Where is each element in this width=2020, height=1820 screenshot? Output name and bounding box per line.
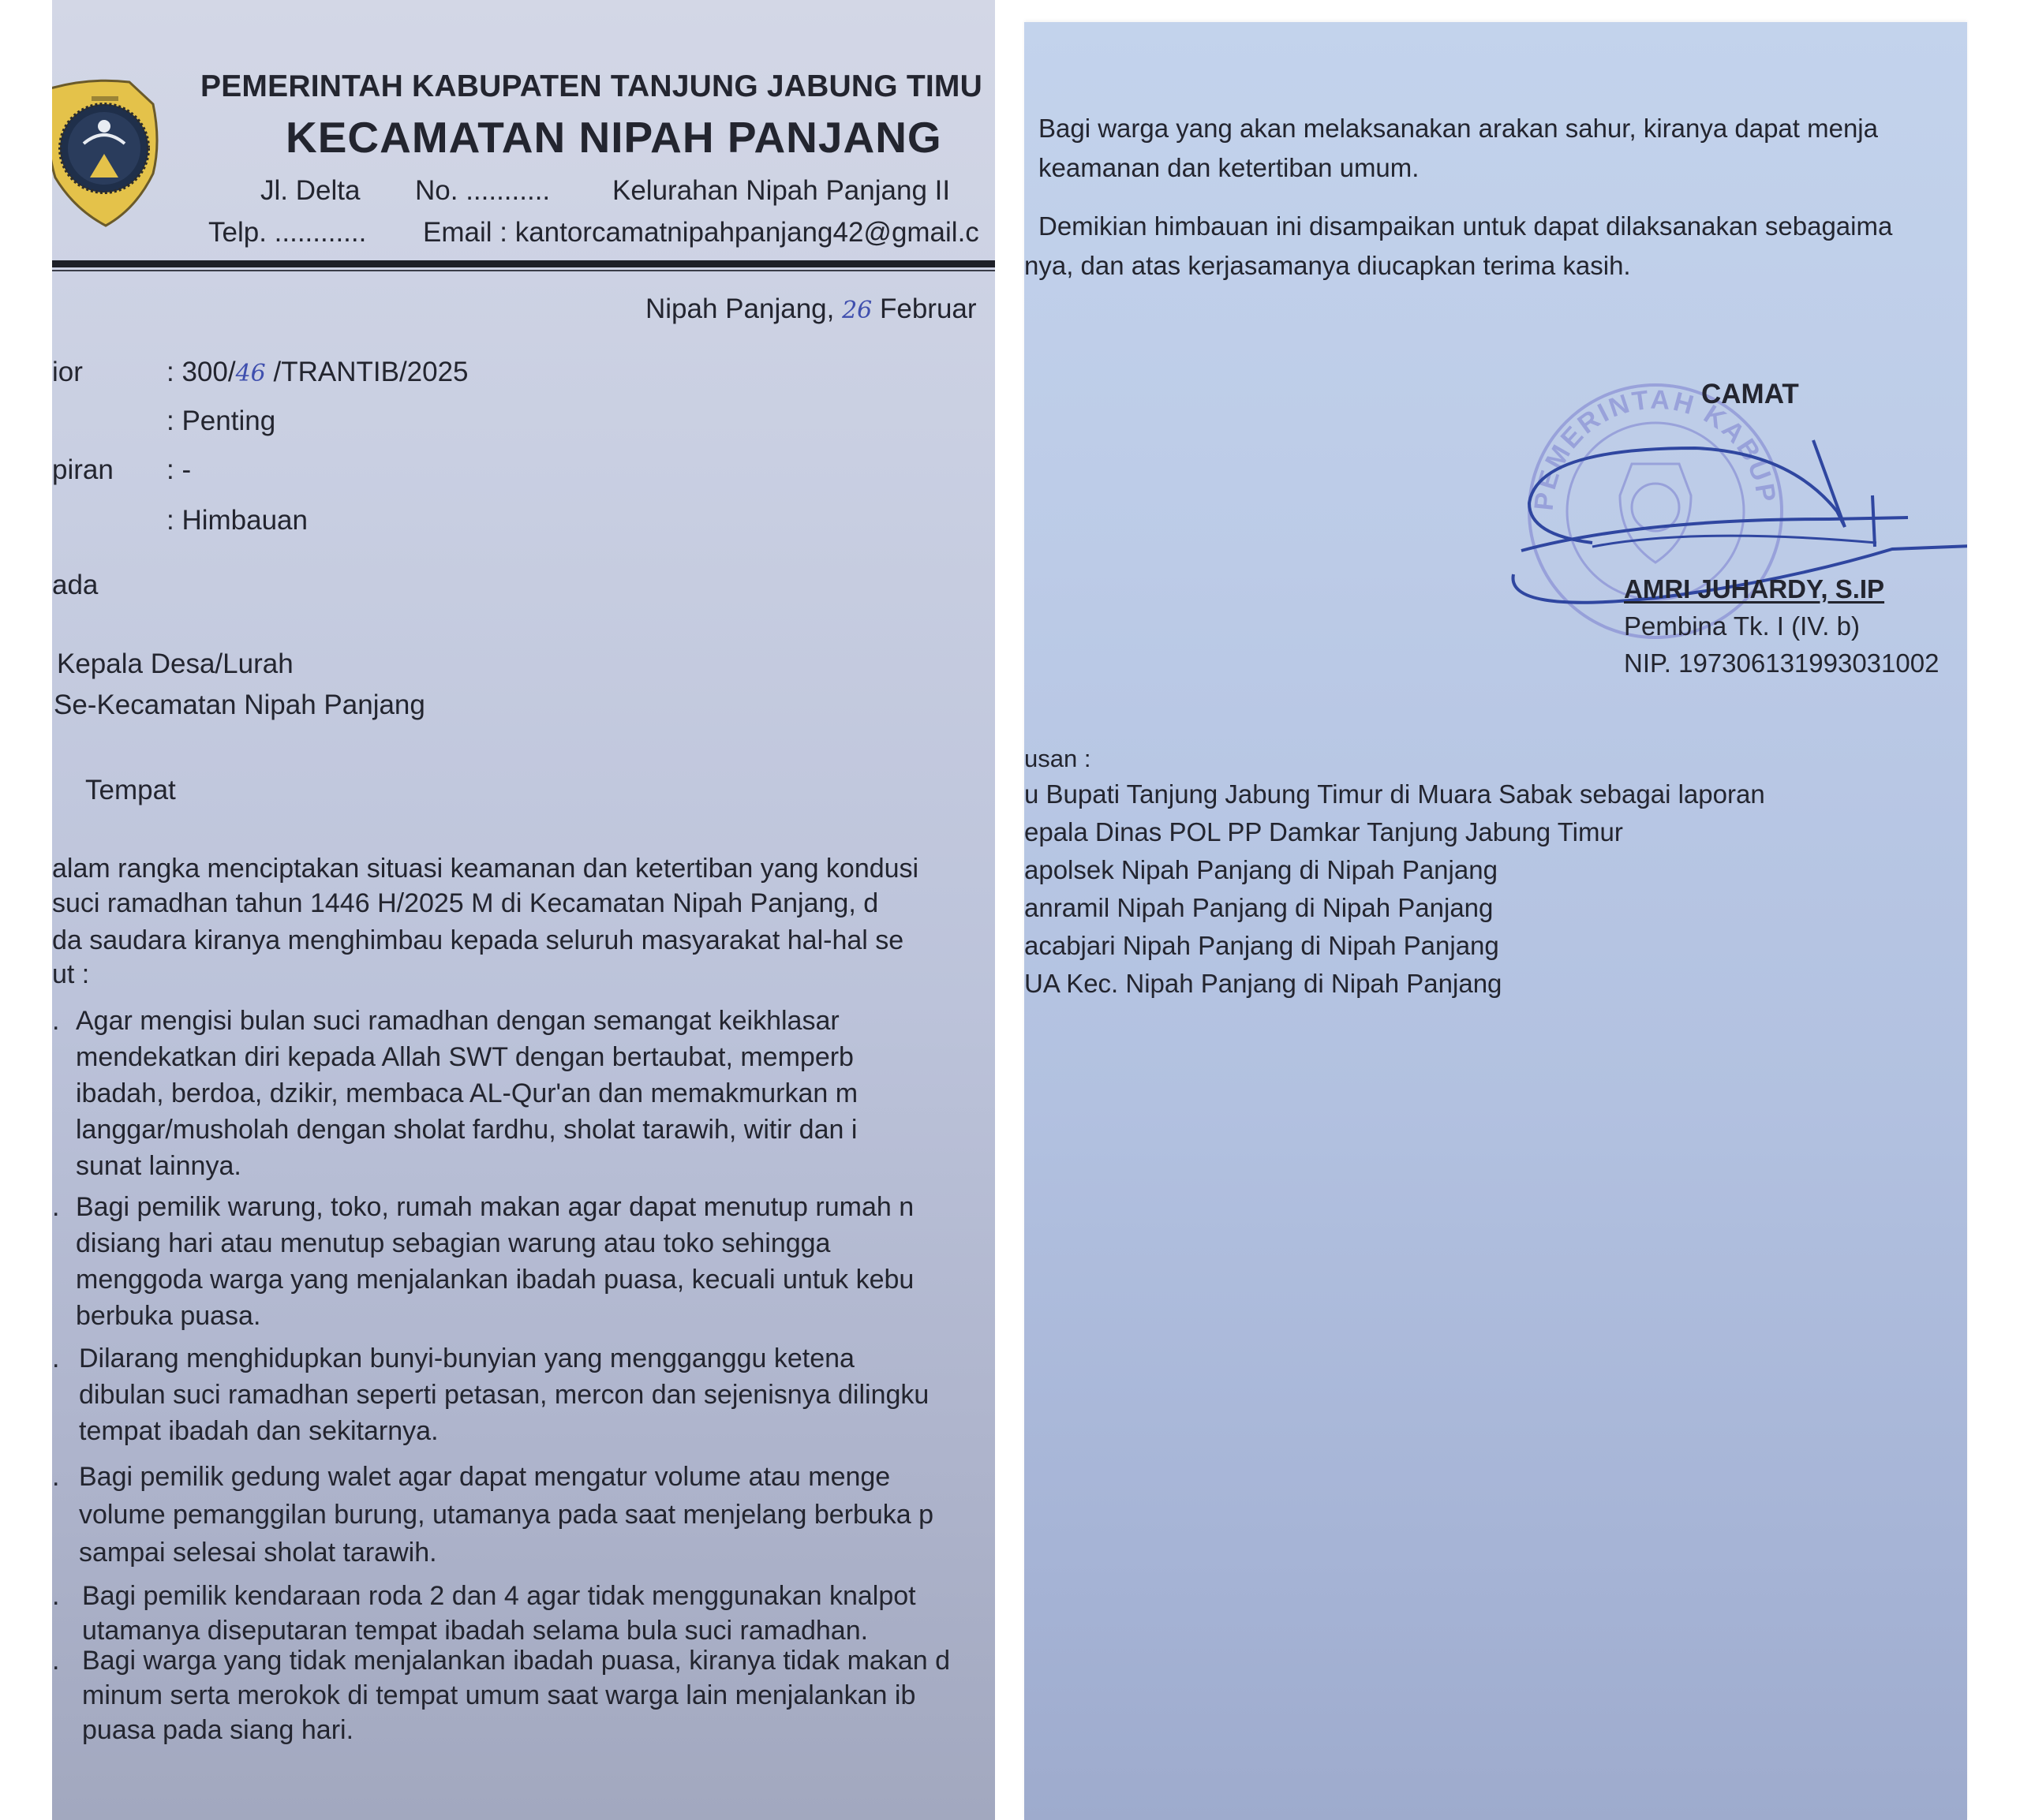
list-item-line: utamanya diseputaran tempat ibadah selam… (82, 1617, 868, 1644)
cc-recipient: UA Kec. Nipah Panjang di Nipah Panjang (1024, 970, 1502, 996)
letter-date: Nipah Panjang, 26 Februar (645, 295, 977, 323)
intro-line: ut : (52, 961, 89, 988)
date-month: Februar (880, 293, 977, 324)
list-item-line: Bagi pemilik gedung walet agar dapat men… (79, 1463, 890, 1490)
addressee-line-1: Kepala Desa/Lurah (57, 650, 294, 678)
regency-crest-icon (52, 71, 169, 229)
list-item-line: minum serta merokok di tempat umum saat … (82, 1682, 915, 1709)
list-item-line: Bagi pemilik warung, toko, rumah makan a… (76, 1194, 914, 1220)
list-item-line: berbuka puasa. (76, 1302, 260, 1329)
letterhead-phone: Telp. ............ (208, 219, 366, 246)
item-7-line-2: keamanan dan ketertiban umum. (1038, 155, 1419, 181)
meta-label-nomor: ior (52, 358, 83, 386)
meta-value-perihal: : Himbauan (166, 506, 308, 534)
cc-recipient: epala Dinas POL PP Damkar Tanjung Jabung… (1024, 819, 1623, 845)
signatory-rank: Pembina Tk. I (IV. b) (1624, 613, 1860, 639)
list-marker: . (52, 1463, 59, 1490)
list-item-line: mendekatkan diri kepada Allah SWT dengan… (76, 1044, 854, 1071)
list-marker: . (52, 1194, 59, 1220)
letterhead-rule-thin (52, 270, 995, 271)
meta-value-sifat: : Penting (166, 407, 275, 435)
meta-label-lampiran: piran (52, 456, 114, 484)
meta-value-nomor: : 300/46 /TRANTIB/2025 (166, 358, 469, 386)
item-7-line-1: Bagi warga yang akan melaksanakan arakan… (1038, 115, 1878, 141)
list-item-line: sampai selesai sholat tarawih. (79, 1539, 437, 1566)
nomor-suffix: /TRANTIB/2025 (266, 357, 469, 387)
letter-page-2: Bagi warga yang akan melaksanakan arakan… (1024, 22, 1967, 1820)
meta-value-lampiran: : - (166, 456, 191, 484)
cc-recipient: apolsek Nipah Panjang di Nipah Panjang (1024, 857, 1498, 883)
letterhead-rule-thick (52, 260, 995, 267)
intro-line: suci ramadhan tahun 1446 H/2025 M di Kec… (52, 890, 878, 917)
date-place: Nipah Panjang, (645, 293, 834, 324)
list-item-line: tempat ibadah dan sekitarnya. (79, 1418, 439, 1444)
addressee-line-2: Se-Kecamatan Nipah Panjang (54, 691, 425, 719)
signatory-name: AMRI JUHARDY, S.IP (1624, 576, 1884, 602)
list-item-line: ibadah, berdoa, dzikir, membaca AL-Qur'a… (76, 1080, 858, 1107)
nomor-prefix: : 300/ (166, 357, 236, 387)
signatory-nip: NIP. 197306131993031002 (1624, 650, 1939, 676)
list-item-line: Bagi warga yang tidak menjalankan ibadah… (82, 1647, 950, 1674)
closing-line-1: Demikian himbauan ini disampaikan untuk … (1038, 213, 1892, 239)
addressee-tempat: Tempat (85, 776, 176, 804)
intro-line: alam rangka menciptakan situasi keamanan… (52, 855, 918, 882)
letterhead-office: KECAMATAN NIPAH PANJANG (286, 116, 942, 159)
letterhead-street: Jl. Delta (260, 177, 360, 204)
intro-line: da saudara kiranya menghimbau kepada sel… (52, 927, 903, 954)
closing-line-2: nya, dan atas kerjasamanya diucapkan ter… (1024, 252, 1631, 278)
list-item-line: menggoda warga yang menjalankan ibadah p… (76, 1266, 914, 1293)
signatory-title: CAMAT (1701, 380, 1799, 408)
list-marker: . (52, 1345, 59, 1372)
list-item-line: sunat lainnya. (76, 1153, 241, 1179)
list-item-line: disiang hari atau menutup sebagian warun… (76, 1230, 830, 1257)
list-item-line: langgar/musholah dengan sholat fardhu, s… (76, 1116, 857, 1143)
list-item-line: Agar mengisi bulan suci ramadhan dengan … (76, 1007, 840, 1034)
list-item-line: dibulan suci ramadhan seperti petasan, m… (79, 1381, 929, 1408)
list-marker: . (52, 1007, 59, 1034)
letterhead-government: PEMERINTAH KABUPATEN TANJUNG JABUNG TIMU (200, 71, 982, 102)
nomor-handwritten: 46 (236, 360, 266, 387)
addressee-kepada: ada (52, 571, 98, 599)
cc-recipient: u Bupati Tanjung Jabung Timur di Muara S… (1024, 781, 1765, 807)
list-item-line: Bagi pemilik kendaraan roda 2 dan 4 agar… (82, 1583, 916, 1609)
letter-page-1: PEMERINTAH KABUPATEN TANJUNG JABUNG TIMU… (52, 0, 995, 1820)
cc-recipient: anramil Nipah Panjang di Nipah Panjang (1024, 895, 1493, 921)
letterhead-email: Email : kantorcamatnipahpanjang42@gmail.… (423, 219, 979, 246)
letterhead-kelurahan: Kelurahan Nipah Panjang II (612, 177, 950, 204)
list-marker: . (52, 1583, 59, 1609)
date-day-handwritten: 26 (842, 297, 872, 324)
list-item-line: Dilarang menghidupkan bunyi-bunyian yang… (79, 1345, 855, 1372)
letterhead-number: No. ........... (415, 177, 550, 204)
list-item-line: puasa pada siang hari. (82, 1717, 353, 1743)
list-item-line: volume pemanggilan burung, utamanya pada… (79, 1501, 933, 1528)
cc-heading: usan : (1024, 746, 1090, 771)
cc-recipient: acabjari Nipah Panjang di Nipah Panjang (1024, 932, 1499, 959)
list-marker: . (52, 1647, 59, 1674)
